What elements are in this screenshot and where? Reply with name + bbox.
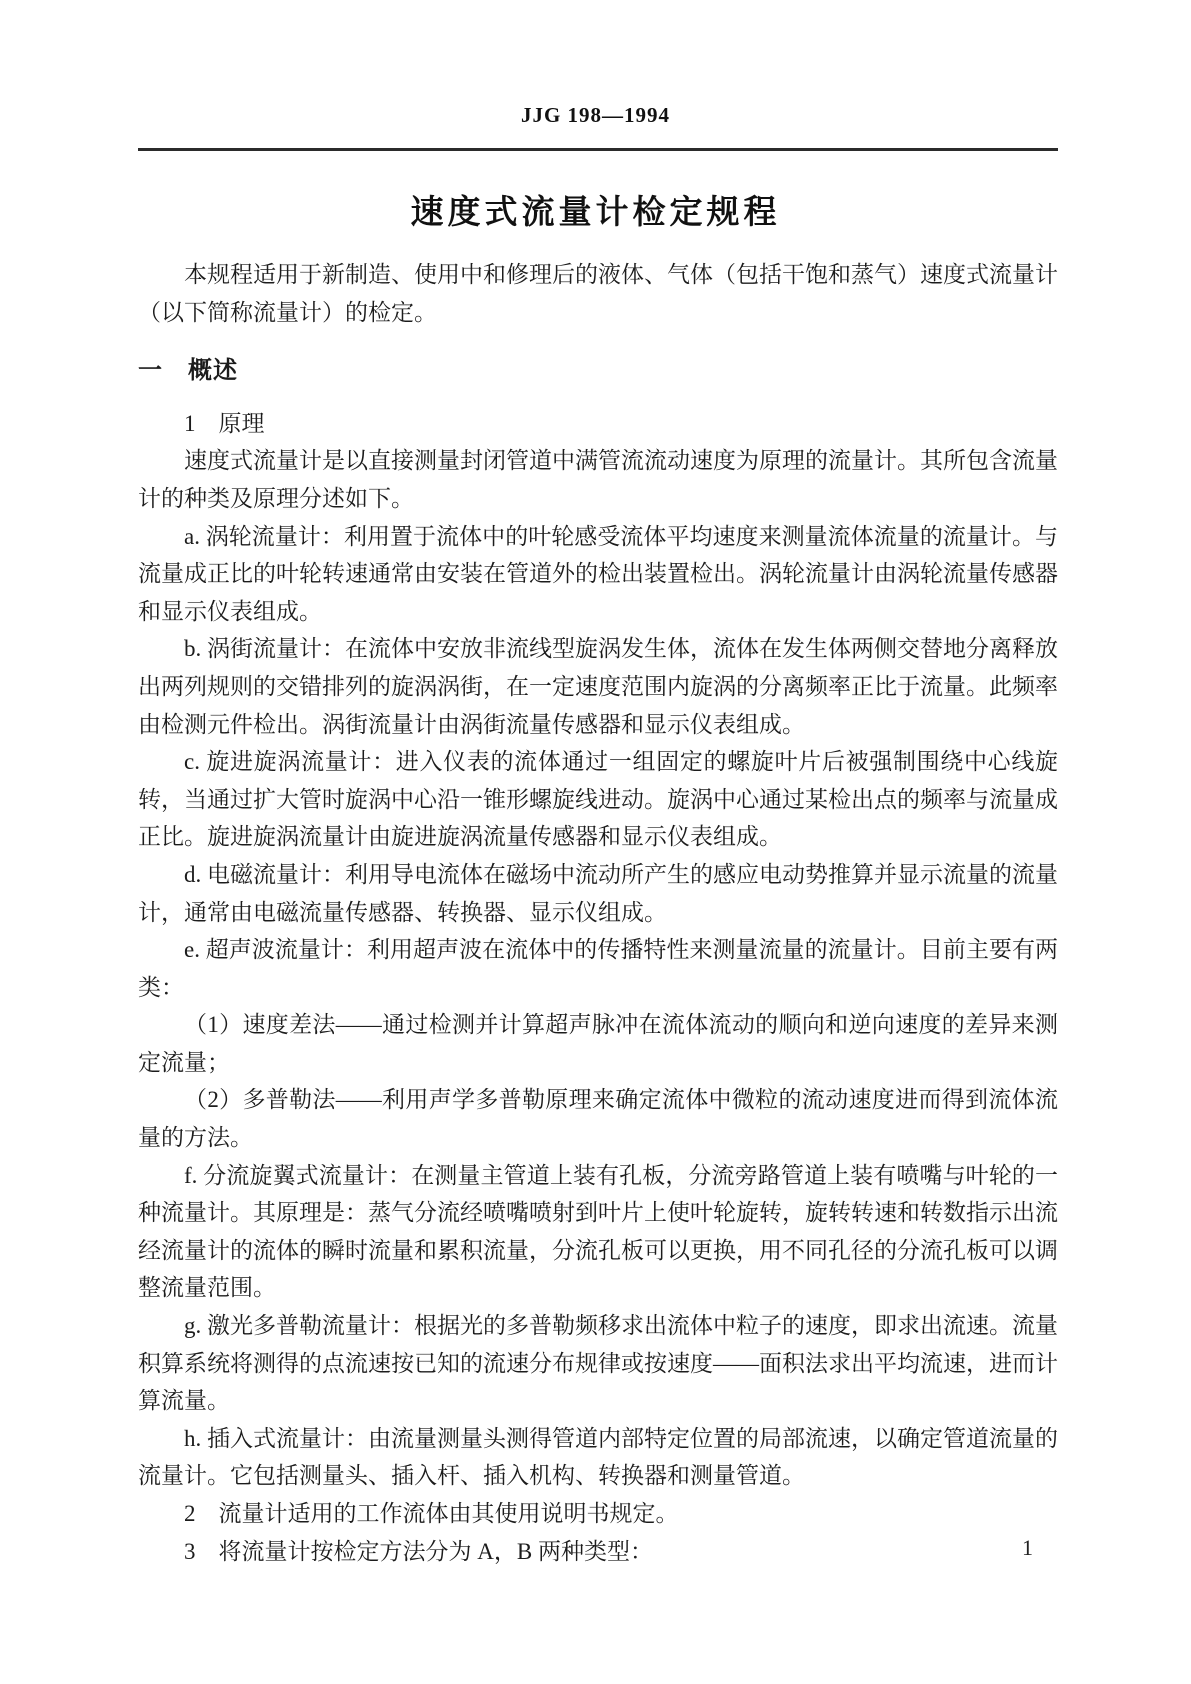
paragraph-body: （2）多普勒法——利用声学多普勒原理来确定流体中微粒的流动速度进而得到流体流量的… [138,1081,1058,1156]
paragraph-body: b. 涡街流量计：在流体中安放非流线型旋涡发生体，流体在发生体两侧交替地分离释放… [138,630,1058,743]
paragraph-body: e. 超声波流量计：利用超声波在流体中的传播特性来测量流量的流量计。目前主要有两… [138,931,1058,1006]
paragraph-section: 一 概述 [138,352,1058,390]
paragraph-body: a. 涡轮流量计：利用置于流体中的叶轮感受流体平均速度来测量流体流量的流量计。与… [138,518,1058,631]
standard-code-header: JJG 198—1994 [0,103,1191,128]
paragraph-sub: 1 原理 [138,405,1058,443]
document-body: 本规程适用于新制造、使用中和修理后的液体、气体（包括干饱和蒸气）速度式流量计（以… [138,256,1058,1570]
document-page: JJG 198—1994 速度式流量计检定规程 本规程适用于新制造、使用中和修理… [0,0,1191,1684]
paragraph-body: h. 插入式流量计：由流量测量头测得管道内部特定位置的局部流速，以确定管道流量的… [138,1420,1058,1495]
paragraph-body: c. 旋进旋涡流量计：进入仪表的流体通过一组固定的螺旋叶片后被强制围绕中心线旋转… [138,743,1058,856]
paragraph-body: （1）速度差法——通过检测并计算超声脉冲在流体流动的顺向和逆向速度的差异来测定流… [138,1006,1058,1081]
paragraph-body: 本规程适用于新制造、使用中和修理后的液体、气体（包括干饱和蒸气）速度式流量计（以… [138,256,1058,331]
paragraph-body: f. 分流旋翼式流量计：在测量主管道上装有孔板，分流旁路管道上装有喷嘴与叶轮的一… [138,1157,1058,1307]
page-title: 速度式流量计检定规程 [0,186,1191,233]
paragraph-body: 速度式流量计是以直接测量封闭管道中满管流流动速度为原理的流量计。其所包含流量计的… [138,442,1058,517]
paragraph-body: d. 电磁流量计：利用导电流体在磁场中流动所产生的感应电动势推算并显示流量的流量… [138,856,1058,931]
header-rule [138,148,1058,151]
paragraph-sub: 3 将流量计按检定方法分为 A，B 两种类型： [138,1533,1058,1571]
paragraph-body: g. 激光多普勒流量计：根据光的多普勒频移求出流体中粒子的速度，即求出流速。流量… [138,1307,1058,1420]
page-number: 1 [1022,1535,1033,1561]
paragraph-sub: 2 流量计适用的工作流体由其使用说明书规定。 [138,1495,1058,1533]
